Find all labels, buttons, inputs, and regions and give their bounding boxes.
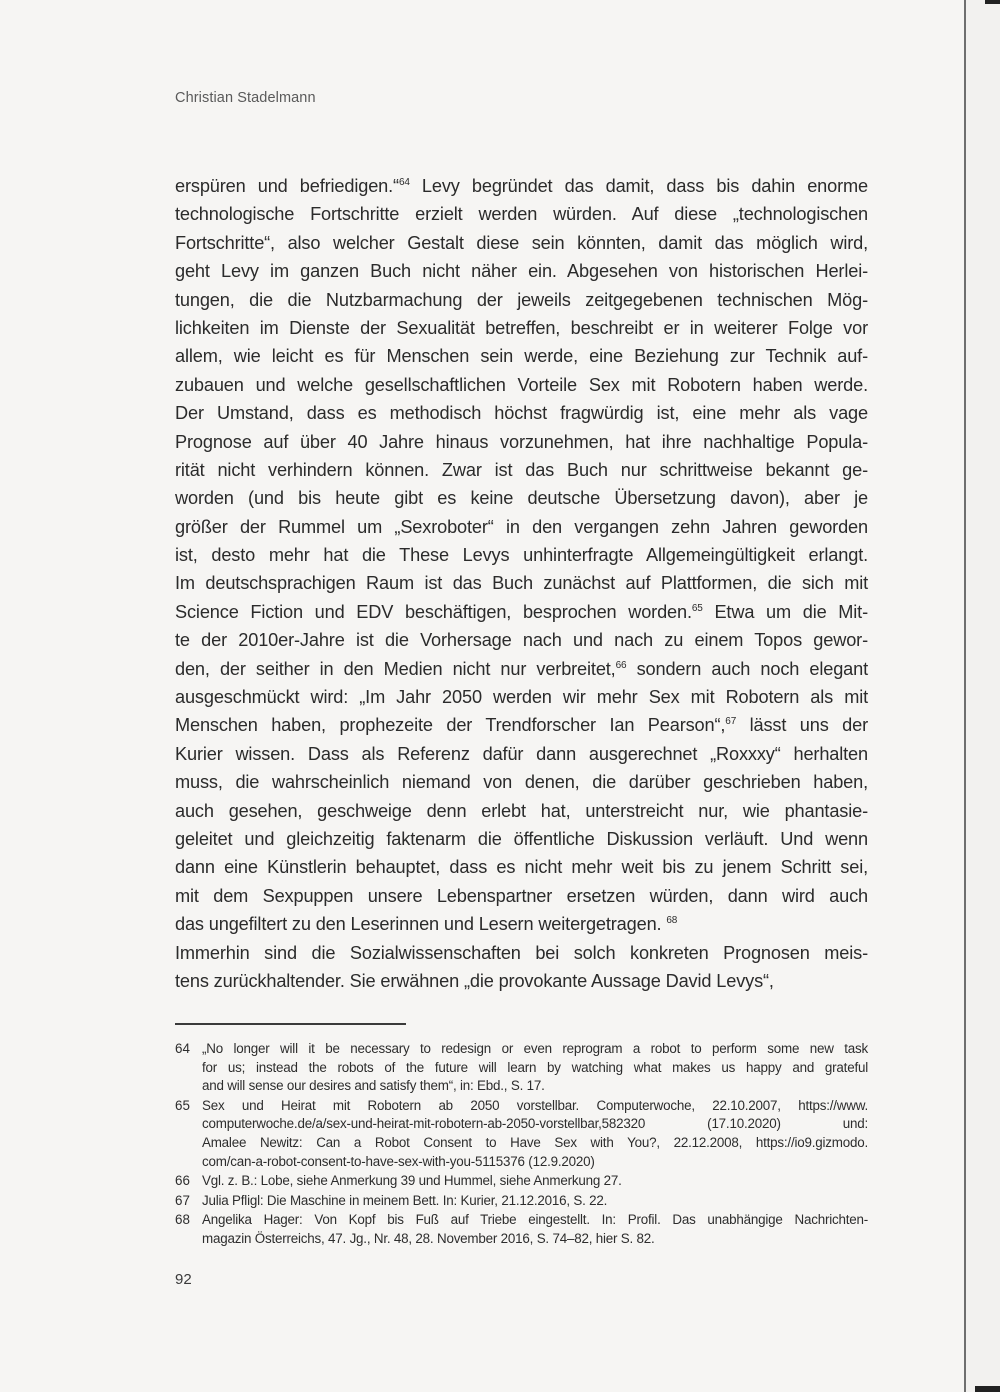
footnote-reference[interactable]: 65 bbox=[692, 603, 703, 614]
body-line: lichkeiten im Dienste der Sexualität bet… bbox=[175, 314, 868, 342]
body-line: geht Levy im ganzen Buch nicht näher ein… bbox=[175, 257, 868, 285]
body-line: worden (und bis heute gibt es keine deut… bbox=[175, 484, 868, 512]
body-line-text: Levy begründet das damit, dass bis dahin… bbox=[410, 176, 868, 196]
body-line-text: Prognose auf über 40 Jahre hinaus vorzun… bbox=[175, 432, 868, 452]
body-line-text: sondern auch noch elegant bbox=[626, 659, 868, 679]
body-line: erspüren und befriedigen.“64 Levy begrün… bbox=[175, 172, 868, 200]
body-line-text: geht Levy im ganzen Buch nicht näher ein… bbox=[175, 261, 868, 281]
footnote-reference[interactable]: 64 bbox=[399, 177, 410, 188]
footnote-number: 64 bbox=[175, 1040, 202, 1096]
footnote-number: 65 bbox=[175, 1097, 202, 1171]
body-line-text: allem, wie leicht es für Menschen sein w… bbox=[175, 346, 868, 366]
footnote-65: 65Sex und Heirat mit Robotern ab 2050 vo… bbox=[175, 1097, 868, 1171]
body-line: den, der seither in den Medien nicht nur… bbox=[175, 655, 868, 683]
footnote-line: computerwoche.de/a/sex-und-heirat-mit-ro… bbox=[202, 1115, 868, 1134]
footnote-number: 68 bbox=[175, 1211, 202, 1248]
body-line-text: erspüren und befriedigen.“ bbox=[175, 176, 399, 196]
body-line: tens zurückhaltender. Sie erwähnen „die … bbox=[175, 967, 868, 995]
page-number: 92 bbox=[175, 1271, 192, 1288]
body-line-text: dann eine Künstlerin behauptet, dass es … bbox=[175, 857, 868, 877]
footnote-text: Angelika Hager: Von Kopf bis Fuß auf Tri… bbox=[202, 1211, 868, 1248]
footnote-line: magazin Österreichs, 47. Jg., Nr. 48, 28… bbox=[202, 1230, 868, 1249]
body-line-text: geleitet und gleichzeitig faktenarm die … bbox=[175, 829, 868, 849]
body-line-text: Kurier wissen. Dass als Referenz dafür d… bbox=[175, 744, 868, 764]
body-line: Menschen haben, prophezeite der Trendfor… bbox=[175, 711, 868, 739]
body-line-text: ausgeschmückt wird: „Im Jahr 2050 werden… bbox=[175, 687, 868, 707]
footnotes: 64„No longer will it be necessary to red… bbox=[175, 1040, 868, 1250]
body-line: größer der Rummel um „Sexroboter“ in den… bbox=[175, 513, 868, 541]
body-line: ist, desto mehr hat die These Levys unhi… bbox=[175, 541, 868, 569]
body-line-text: tungen, die die Nutzbarmachung der jewei… bbox=[175, 290, 868, 310]
body-line: dann eine Künstlerin behauptet, dass es … bbox=[175, 853, 868, 881]
body-line-text: den, der seither in den Medien nicht nur… bbox=[175, 659, 616, 679]
body-line-text: technologische Fortschritte erzielt werd… bbox=[175, 204, 868, 224]
footnote-reference[interactable]: 67 bbox=[725, 716, 736, 727]
footnote-number: 67 bbox=[175, 1192, 202, 1211]
body-line-text: Immerhin sind die Sozialwissenschaften b… bbox=[175, 943, 868, 963]
footnote-text: Sex und Heirat mit Robotern ab 2050 vors… bbox=[202, 1097, 868, 1171]
book-page: Christian Stadelmann erspüren und befrie… bbox=[0, 0, 965, 1392]
footnote-text: Vgl. z. B.: Lobe, siehe Anmerkung 39 und… bbox=[202, 1172, 868, 1191]
body-line: geleitet und gleichzeitig faktenarm die … bbox=[175, 825, 868, 853]
body-line-text: lichkeiten im Dienste der Sexualität bet… bbox=[175, 318, 868, 338]
body-line-text: rität nicht verhindern können. Zwar ist … bbox=[175, 460, 868, 480]
body-line-text: ist, desto mehr hat die These Levys unhi… bbox=[175, 545, 868, 565]
body-line-text: Etwa um die Mit- bbox=[703, 602, 868, 622]
footnote-text: „No longer will it be necessary to redes… bbox=[202, 1040, 868, 1096]
running-head-author: Christian Stadelmann bbox=[175, 90, 316, 106]
body-line-text: Fortschritte“, also welcher Gestalt dies… bbox=[175, 233, 868, 253]
body-line: Immerhin sind die Sozialwissenschaften b… bbox=[175, 939, 868, 967]
body-line: ausgeschmückt wird: „Im Jahr 2050 werden… bbox=[175, 683, 868, 711]
body-line: Fortschritte“, also welcher Gestalt dies… bbox=[175, 229, 868, 257]
body-line-text: zubauen und welche gesellschaftlichen Vo… bbox=[175, 375, 868, 395]
body-line: technologische Fortschritte erzielt werd… bbox=[175, 200, 868, 228]
body-line-text: Science Fiction und EDV beschäftigen, be… bbox=[175, 602, 692, 622]
body-line-text: Der Umstand, dass es methodisch höchst f… bbox=[175, 403, 868, 423]
body-line: allem, wie leicht es für Menschen sein w… bbox=[175, 342, 868, 370]
body-line: Der Umstand, dass es methodisch höchst f… bbox=[175, 399, 868, 427]
footnote-line: Julia Pfligl: Die Maschine in meinem Bet… bbox=[202, 1192, 868, 1211]
body-line: Science Fiction und EDV beschäftigen, be… bbox=[175, 598, 868, 626]
body-line-text: muss, die wahrscheinlich niemand von den… bbox=[175, 772, 868, 792]
footnote-64: 64„No longer will it be necessary to red… bbox=[175, 1040, 868, 1096]
footnote-line: for us; instead the robots of the future… bbox=[202, 1059, 868, 1078]
footnote-66: 66Vgl. z. B.: Lobe, siehe Anmerkung 39 u… bbox=[175, 1172, 868, 1191]
footnote-text: Julia Pfligl: Die Maschine in meinem Bet… bbox=[202, 1192, 868, 1211]
footnote-reference[interactable]: 66 bbox=[616, 660, 627, 671]
facing-page-strip bbox=[966, 0, 1000, 1392]
body-line: mit dem Sexpuppen unsere Lebenspartner e… bbox=[175, 882, 868, 910]
scan-corner-bottom bbox=[975, 1386, 1000, 1392]
footnote-68: 68Angelika Hager: Von Kopf bis Fuß auf T… bbox=[175, 1211, 868, 1248]
body-line-text: mit dem Sexpuppen unsere Lebenspartner e… bbox=[175, 886, 868, 906]
body-line: das ungefiltert zu den Leserinnen und Le… bbox=[175, 910, 868, 938]
body-text: erspüren und befriedigen.“64 Levy begrün… bbox=[175, 172, 868, 995]
body-line-text: tens zurückhaltender. Sie erwähnen „die … bbox=[175, 971, 774, 991]
body-line: Prognose auf über 40 Jahre hinaus vorzun… bbox=[175, 428, 868, 456]
footnote-line: „No longer will it be necessary to redes… bbox=[202, 1040, 868, 1059]
footnote-line: Angelika Hager: Von Kopf bis Fuß auf Tri… bbox=[202, 1211, 868, 1230]
body-line: muss, die wahrscheinlich niemand von den… bbox=[175, 768, 868, 796]
footnote-separator-rule bbox=[175, 1023, 406, 1025]
footnote-reference[interactable]: 68 bbox=[666, 915, 677, 926]
footnote-line: Sex und Heirat mit Robotern ab 2050 vors… bbox=[202, 1097, 868, 1116]
body-line-text: auch gesehen, geschweige denn erlebt hat… bbox=[175, 801, 868, 821]
body-line-text: te der 2010er-Jahre ist die Vorhersage n… bbox=[175, 630, 868, 650]
body-line-text: Menschen haben, prophezeite der Trendfor… bbox=[175, 715, 725, 735]
footnote-67: 67Julia Pfligl: Die Maschine in meinem B… bbox=[175, 1192, 868, 1211]
scan-corner-top bbox=[985, 0, 1000, 4]
footnote-line: and will sense our desires and satisfy t… bbox=[202, 1077, 868, 1096]
body-line: rität nicht verhindern können. Zwar ist … bbox=[175, 456, 868, 484]
body-line: te der 2010er-Jahre ist die Vorhersage n… bbox=[175, 626, 868, 654]
body-line: Kurier wissen. Dass als Referenz dafür d… bbox=[175, 740, 868, 768]
footnote-line: Vgl. z. B.: Lobe, siehe Anmerkung 39 und… bbox=[202, 1172, 868, 1191]
body-line: Im deutschsprachigen Raum ist das Buch z… bbox=[175, 569, 868, 597]
body-line-text: lässt uns der bbox=[736, 715, 868, 735]
body-line-text: worden (und bis heute gibt es keine deut… bbox=[175, 488, 868, 508]
body-line: zubauen und welche gesellschaftlichen Vo… bbox=[175, 371, 868, 399]
footnote-number: 66 bbox=[175, 1172, 202, 1191]
body-line: tungen, die die Nutzbarmachung der jewei… bbox=[175, 286, 868, 314]
body-line-text: Im deutschsprachigen Raum ist das Buch z… bbox=[175, 573, 868, 593]
footnote-line: Amalee Newitz: Can a Robot Consent to Ha… bbox=[202, 1134, 868, 1153]
footnote-line: com/can-a-robot-consent-to-have-sex-with… bbox=[202, 1153, 868, 1172]
body-line-text: das ungefiltert zu den Leserinnen und Le… bbox=[175, 914, 666, 934]
body-line: auch gesehen, geschweige denn erlebt hat… bbox=[175, 797, 868, 825]
body-line-text: größer der Rummel um „Sexroboter“ in den… bbox=[175, 517, 868, 537]
